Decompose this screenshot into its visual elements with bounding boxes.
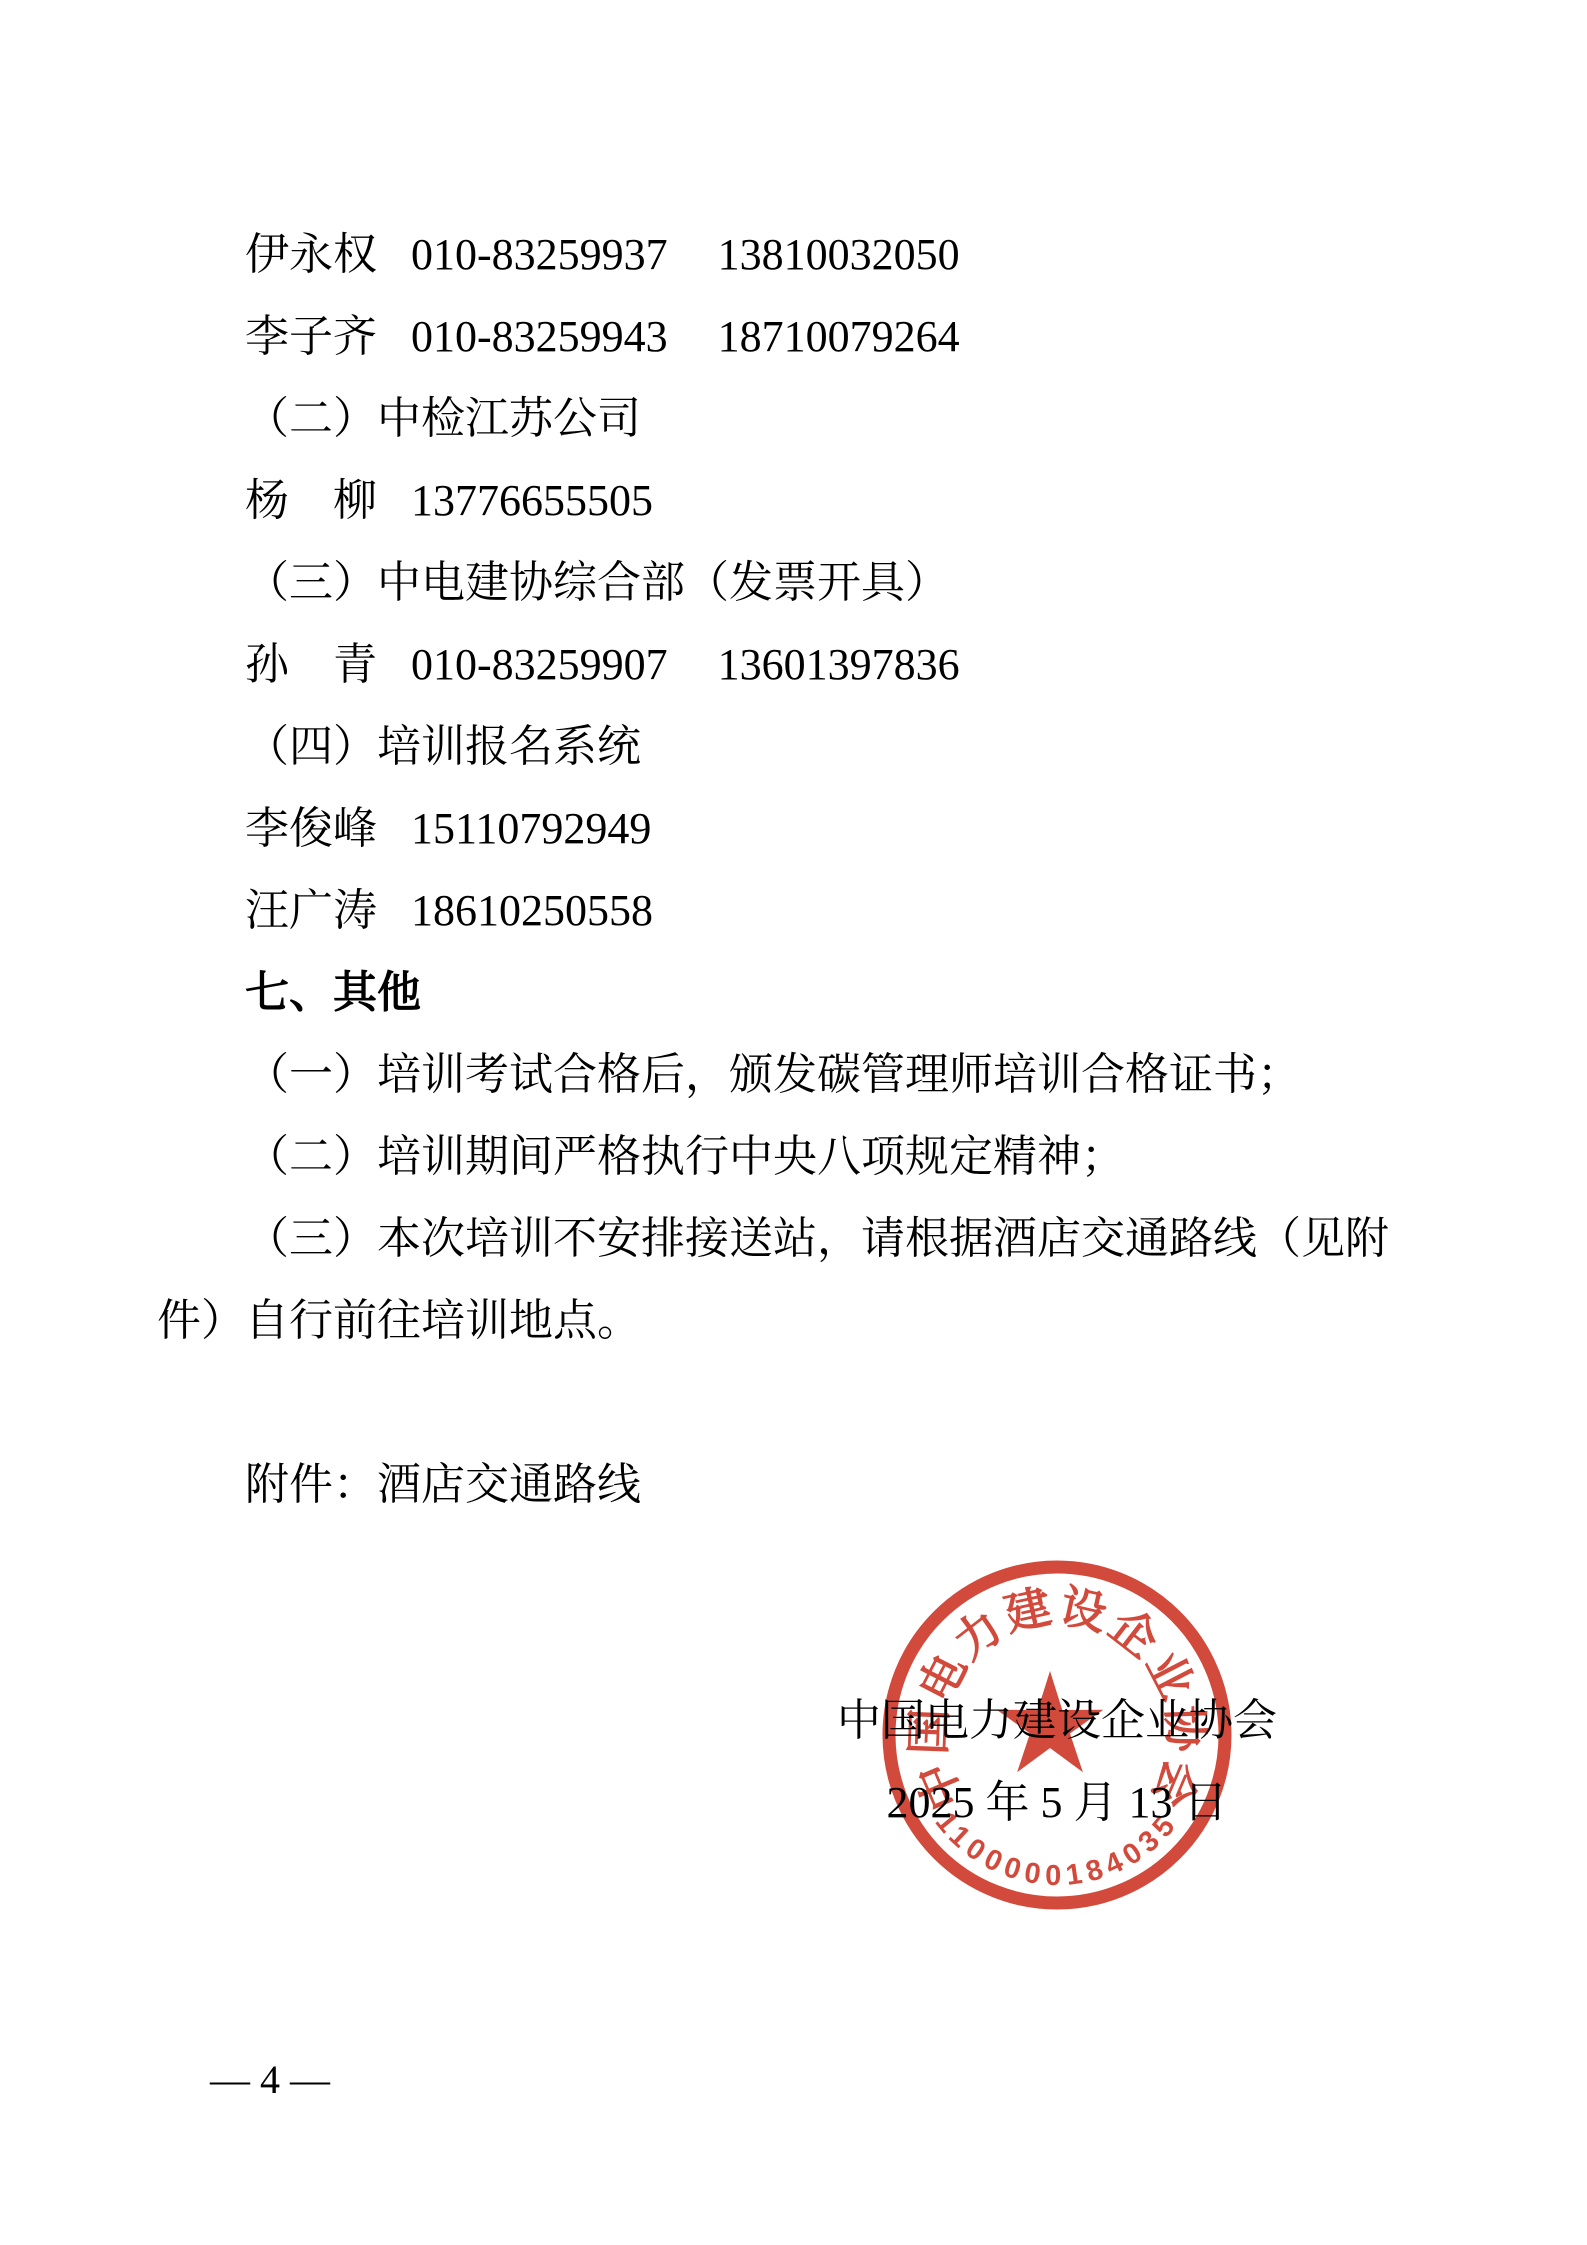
contact-name: 杨 柳	[245, 476, 377, 525]
blank-line	[157, 1362, 1430, 1444]
contact-mobile: 18610250558	[411, 886, 653, 935]
contact-name: 孙 青	[245, 640, 377, 689]
contact-row: 杨 柳13776655505	[157, 460, 1430, 542]
attachment-line: 附件：酒店交通路线	[157, 1444, 1430, 1526]
contact-phone: 010-83259937	[411, 230, 668, 279]
contact-mobile: 13776655505	[411, 476, 653, 525]
section7-item: （一）培训考试合格后，颁发碳管理师培训合格证书；	[157, 1034, 1430, 1116]
contact-row: 孙 青010-8325990713601397836	[157, 624, 1430, 706]
contact-name: 李子齐	[245, 312, 377, 361]
contact-mobile: 13601397836	[718, 640, 960, 689]
contact-row: 李子齐010-8325994318710079264	[157, 296, 1430, 378]
contact-mobile: 18710079264	[718, 312, 960, 361]
section-heading-7: 七、其他	[157, 952, 1430, 1034]
contact-name: 李俊峰	[245, 804, 377, 853]
section7-item: （二）培训期间严格执行中央八项规定精神；	[157, 1116, 1430, 1198]
contact-name: 伊永权	[245, 230, 377, 279]
section-heading-2: （二）中检江苏公司	[157, 378, 1430, 460]
page-number: — 4 —	[210, 2058, 330, 2102]
section7-item: （三）本次培训不安排接送站，请根据酒店交通路线（见附件）自行前往培训地点。	[157, 1198, 1430, 1362]
official-seal: 中国电力建设企业协会 1100000184035	[882, 1560, 1232, 1910]
contact-phone: 010-83259907	[411, 640, 668, 689]
contact-mobile: 15110792949	[411, 804, 651, 853]
section-heading-3: （三）中电建协综合部（发票开具）	[157, 542, 1430, 624]
seal-star-icon	[997, 1671, 1104, 1772]
document-body: 伊永权010-8325993713810032050 李子齐010-832599…	[157, 214, 1430, 1526]
contact-row: 李俊峰15110792949	[157, 788, 1430, 870]
contact-name: 汪广涛	[245, 886, 377, 935]
contact-row: 伊永权010-8325993713810032050	[157, 214, 1430, 296]
document-page: 伊永权010-8325993713810032050 李子齐010-832599…	[0, 0, 1587, 2245]
contact-mobile: 13810032050	[718, 230, 960, 279]
contact-phone: 010-83259943	[411, 312, 668, 361]
section-heading-4: （四）培训报名系统	[157, 706, 1430, 788]
contact-row: 汪广涛18610250558	[157, 870, 1430, 952]
